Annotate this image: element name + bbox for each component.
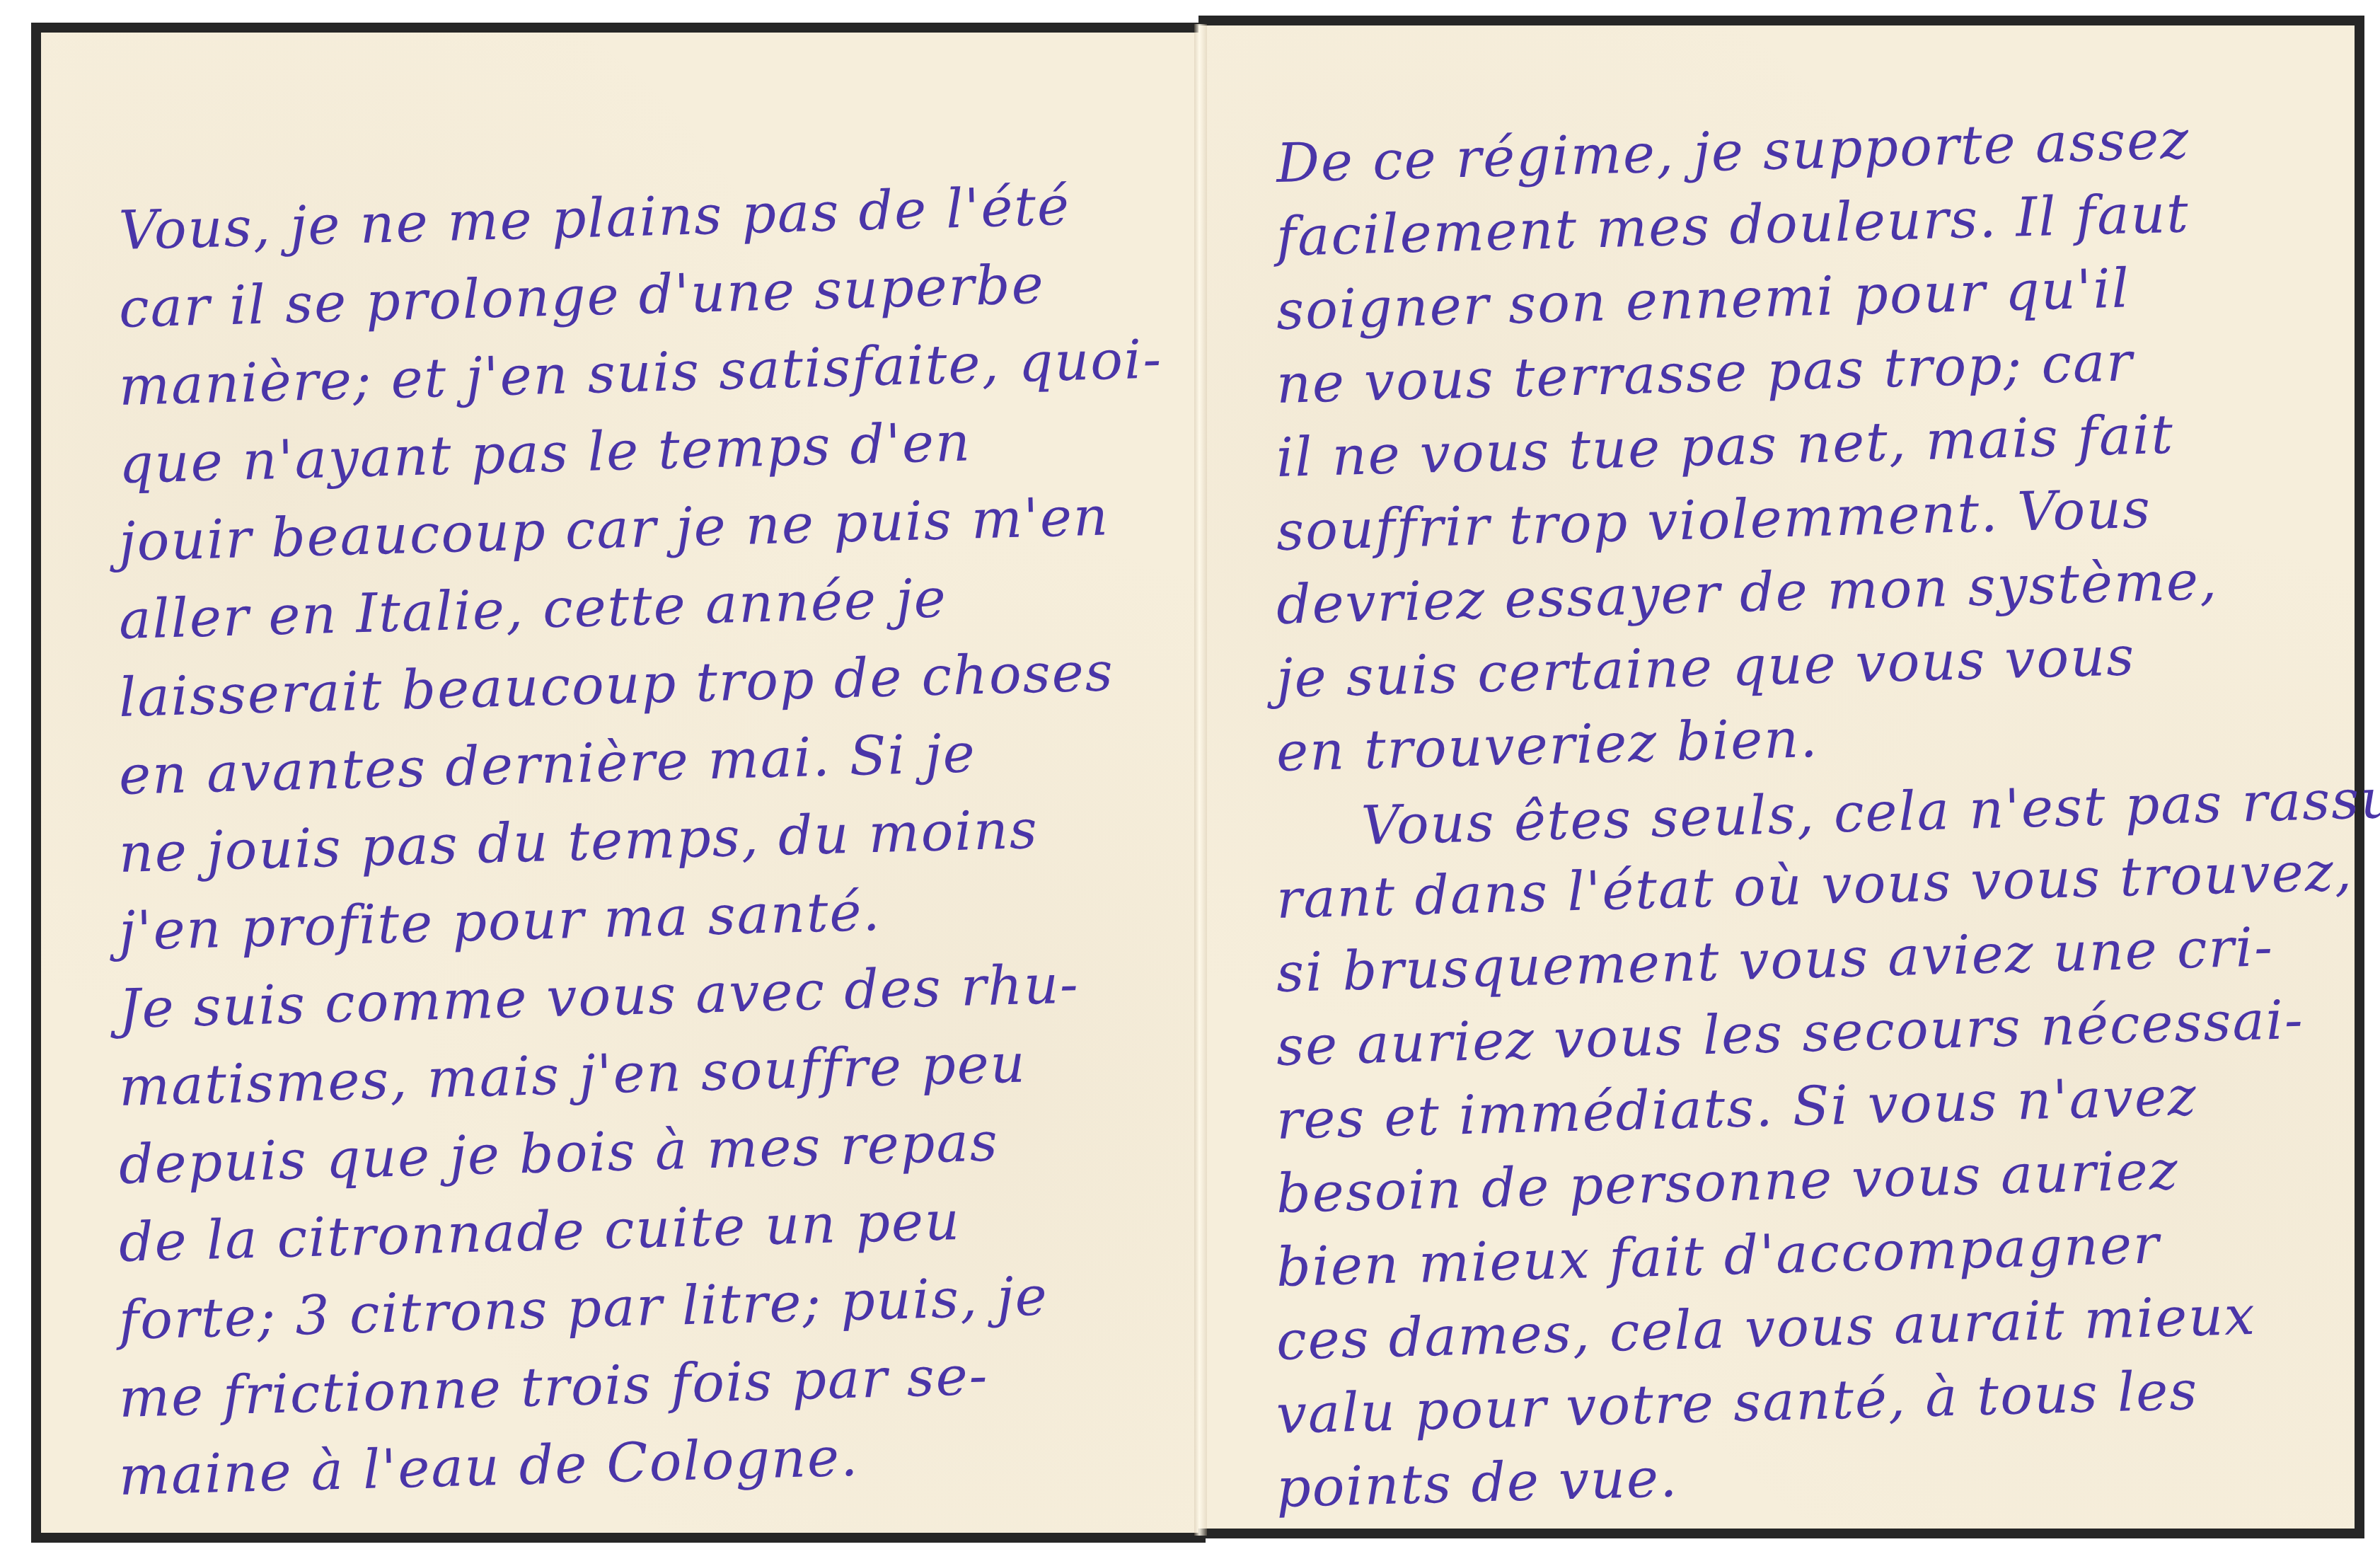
handwritten-line: soigner son ennemi pour qu'il [1276,256,2131,342]
handwritten-line: aller en Italie, cette année je [118,566,948,651]
handwritten-line: j'en profite pour ma santé. [118,880,882,962]
handwritten-line: manière; et j'en suis satisfaite, quoi- [118,327,1163,418]
handwritten-line: besoin de personne vous auriez [1276,1139,2180,1225]
handwritten-line: res et immédiats. Si vous n'avez [1276,1064,2198,1151]
left-page: Vous, je ne me plains pas de l'été car i… [31,23,1206,1543]
handwritten-line: me frictionne trois fois par se- [118,1344,990,1429]
handwritten-line: Vous, je ne me plains pas de l'été [118,174,1071,262]
handwritten-line: souffrir trop violemment. Vous [1276,477,2152,563]
right-page-lines: De ce régime, je supporte assez facileme… [1198,25,2355,1529]
handwritten-line: jouir beaucoup car je ne puis m'en [118,484,1110,573]
page-fold [1194,24,1207,1536]
right-page: De ce régime, je supporte assez facileme… [1198,16,2364,1538]
handwritten-line: matismes, mais j'en souffre peu [118,1031,1027,1118]
handwritten-line: Je suis comme vous avec des rhu- [118,952,1080,1040]
handwritten-line: en avantes dernière mai. Si je [118,721,977,807]
handwritten-line: valu pour votre santé, à tous les [1276,1359,2199,1446]
handwritten-line: bien mieux fait d'accompagner [1276,1212,2161,1299]
handwritten-line: depuis que je bois à mes repas [118,1110,1000,1196]
handwritten-line: ces dames, cela vous aurait mieux [1276,1284,2257,1372]
handwritten-line: car il se prolonge d'une superbe [118,253,1046,340]
handwritten-line: je suis certaine que vous vous [1276,624,2136,710]
handwritten-line: facilement mes douleurs. Il faut [1276,181,2190,268]
handwritten-line: ne jouis pas du temps, du moins [118,798,1039,885]
handwritten-line: il ne vous tue pas net, mais fait [1276,403,2175,489]
handwritten-line: que n'ayant pas le temps d'en [118,410,972,495]
handwritten-line: forte; 3 citrons par litre; puis, je [118,1265,1049,1352]
handwritten-line: en trouveriez bien. [1276,706,1819,783]
handwritten-line: points de vue. [1276,1446,1679,1519]
handwritten-line: De ce régime, je supporte assez [1276,108,2190,195]
left-page-lines: Vous, je ne me plains pas de l'été car i… [41,33,1206,1533]
handwritten-line: devriez essayer de mon système, [1276,548,2219,636]
handwritten-line: de la citronnade cuite un peu [118,1189,961,1274]
handwritten-line: maine à l'eau de Cologne. [118,1425,860,1507]
handwritten-line: si brusquement vous aviez une cri- [1276,915,2275,1004]
letter-spread: Vous, je ne me plains pas de l'été car i… [0,0,2380,1554]
handwritten-line: ne vous terrasse pas trop; car [1276,330,2135,415]
handwritten-line: laisserait beaucoup trop de choses [118,640,1115,729]
handwritten-line: se auriez vous les secours nécessai- [1276,988,2305,1078]
